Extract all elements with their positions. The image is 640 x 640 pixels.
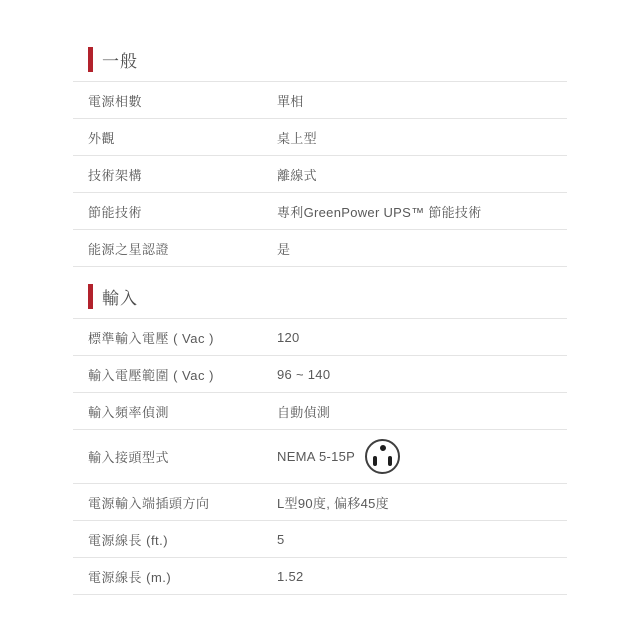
spec-label: 電源線長 (ft.) xyxy=(73,530,277,549)
spec-label: 技術架構 xyxy=(73,165,277,184)
spec-table: 一般 電源相數 單相 外觀 桌上型 技術架構 離線式 節能技術 專利GreenP… xyxy=(73,0,567,595)
table-row: 能源之星認證 是 xyxy=(73,230,567,267)
spec-label: 輸入頻率偵測 xyxy=(73,402,277,421)
spec-value: 1.52 xyxy=(277,569,304,584)
table-row: 電源線長 (ft.) 5 xyxy=(73,521,567,558)
spec-value: 96 ~ 140 xyxy=(277,367,330,382)
spec-value: 5 xyxy=(277,532,285,547)
table-row: 標準輸入電壓 ( Vac ) 120 xyxy=(73,319,567,356)
section-title: 輸入 xyxy=(102,284,138,309)
accent-bar xyxy=(88,284,93,309)
spec-label: 電源線長 (m.) xyxy=(73,567,277,586)
table-row: 電源輸入端插頭方向 L型90度, 偏移45度 xyxy=(73,484,567,521)
spec-value: 120 xyxy=(277,330,300,345)
table-row: 電源相數 單相 xyxy=(73,82,567,119)
section-input-header: 輸入 xyxy=(73,284,567,319)
table-row: 輸入電壓範圍 ( Vac ) 96 ~ 140 xyxy=(73,356,567,393)
spec-label: 電源輸入端插頭方向 xyxy=(73,493,277,512)
nema-5-15p-plug-icon xyxy=(365,439,400,474)
spec-label: 能源之星認證 xyxy=(73,239,277,258)
spec-value: 是 xyxy=(277,239,290,258)
plug-blade-left xyxy=(373,456,377,466)
accent-bar xyxy=(88,47,93,72)
spec-value: 離線式 xyxy=(277,165,317,184)
section-title: 一般 xyxy=(102,47,138,72)
section-general: 一般 電源相數 單相 外觀 桌上型 技術架構 離線式 節能技術 專利GreenP… xyxy=(73,47,567,267)
section-input: 輸入 標準輸入電壓 ( Vac ) 120 輸入電壓範圍 ( Vac ) 96 … xyxy=(73,284,567,595)
plug-blade-right xyxy=(388,456,392,466)
spec-label: 節能技術 xyxy=(73,202,277,221)
spec-label: 輸入接頭型式 xyxy=(73,447,277,466)
spec-label: 外觀 xyxy=(73,128,277,147)
spec-value: 專利GreenPower UPS™ 節能技術 xyxy=(277,202,482,221)
table-row: 輸入頻率偵測 自動偵測 xyxy=(73,393,567,430)
spec-label: 電源相數 xyxy=(73,91,277,110)
plug-ground-pin xyxy=(380,445,386,451)
table-row: 外觀 桌上型 xyxy=(73,119,567,156)
spec-value: NEMA 5-15P xyxy=(277,439,400,474)
spec-value: L型90度, 偏移45度 xyxy=(277,493,389,512)
spec-value: 單相 xyxy=(277,91,304,110)
section-general-header: 一般 xyxy=(73,47,567,82)
spec-value-text: NEMA 5-15P xyxy=(277,449,355,464)
spec-label: 輸入電壓範圍 ( Vac ) xyxy=(73,365,277,384)
table-row: 技術架構 離線式 xyxy=(73,156,567,193)
table-row: 電源線長 (m.) 1.52 xyxy=(73,558,567,595)
spec-value: 自動偵測 xyxy=(277,402,330,421)
table-row-connector-type: 輸入接頭型式 NEMA 5-15P xyxy=(73,430,567,484)
spec-value: 桌上型 xyxy=(277,128,317,147)
table-row: 節能技術 專利GreenPower UPS™ 節能技術 xyxy=(73,193,567,230)
spec-label: 標準輸入電壓 ( Vac ) xyxy=(73,328,277,347)
